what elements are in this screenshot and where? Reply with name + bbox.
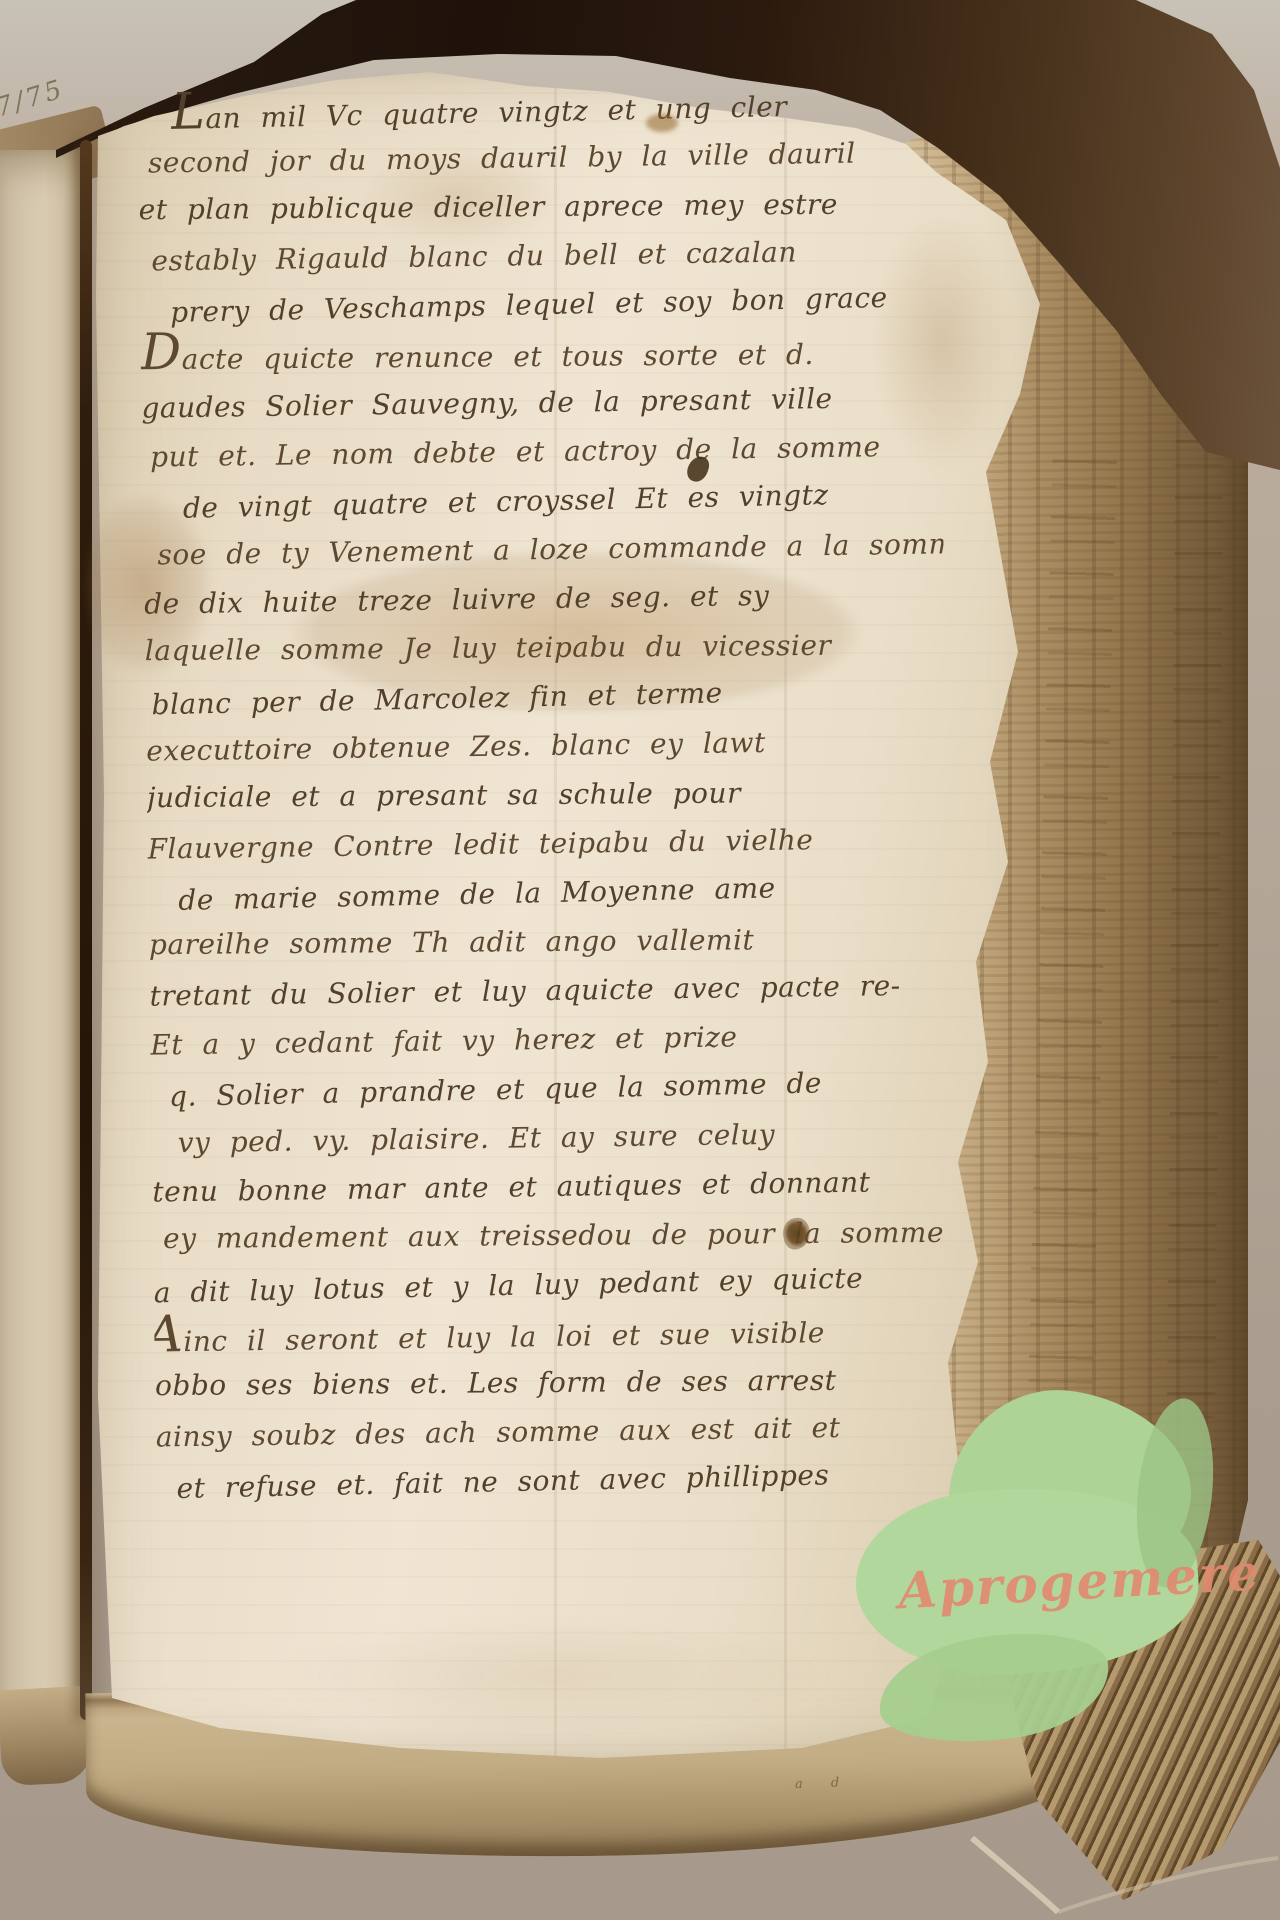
handwritten-text-block: Lan mil Vc quatre vingtz et ung clerseco… — [137, 78, 959, 1669]
gutter-shadow — [80, 140, 92, 1720]
edge-ink-marks: a d — [795, 1775, 852, 1792]
fore-edge-writing-fragments — [1027, 459, 1116, 1420]
facing-page-sliver — [0, 150, 88, 1716]
manuscript-line: obbo ses biens et. Les form de ses arres… — [155, 1355, 955, 1410]
manuscript-photo: 7/75 Lan mil Vc quatre vingtz et ung cle… — [0, 0, 1280, 1920]
binding-cord — [930, 1820, 1280, 1920]
manuscript-line: pareilhe somme Th adit ango vallemit — [149, 914, 949, 969]
manuscript-line: et plan publicque diceller aprece mey es… — [139, 179, 939, 234]
ink-smudge — [646, 114, 678, 132]
manuscript-line: de dix huite treze luivre de seg. et sy — [144, 568, 945, 628]
manuscript-line: Dacte quicte renunce et tous sorte et d. — [141, 326, 941, 381]
manuscript-line: tenu bonne mar ante et autiques et donna… — [152, 1156, 953, 1216]
manuscript-line: judiciale et a presant sa schule pour — [147, 767, 947, 822]
